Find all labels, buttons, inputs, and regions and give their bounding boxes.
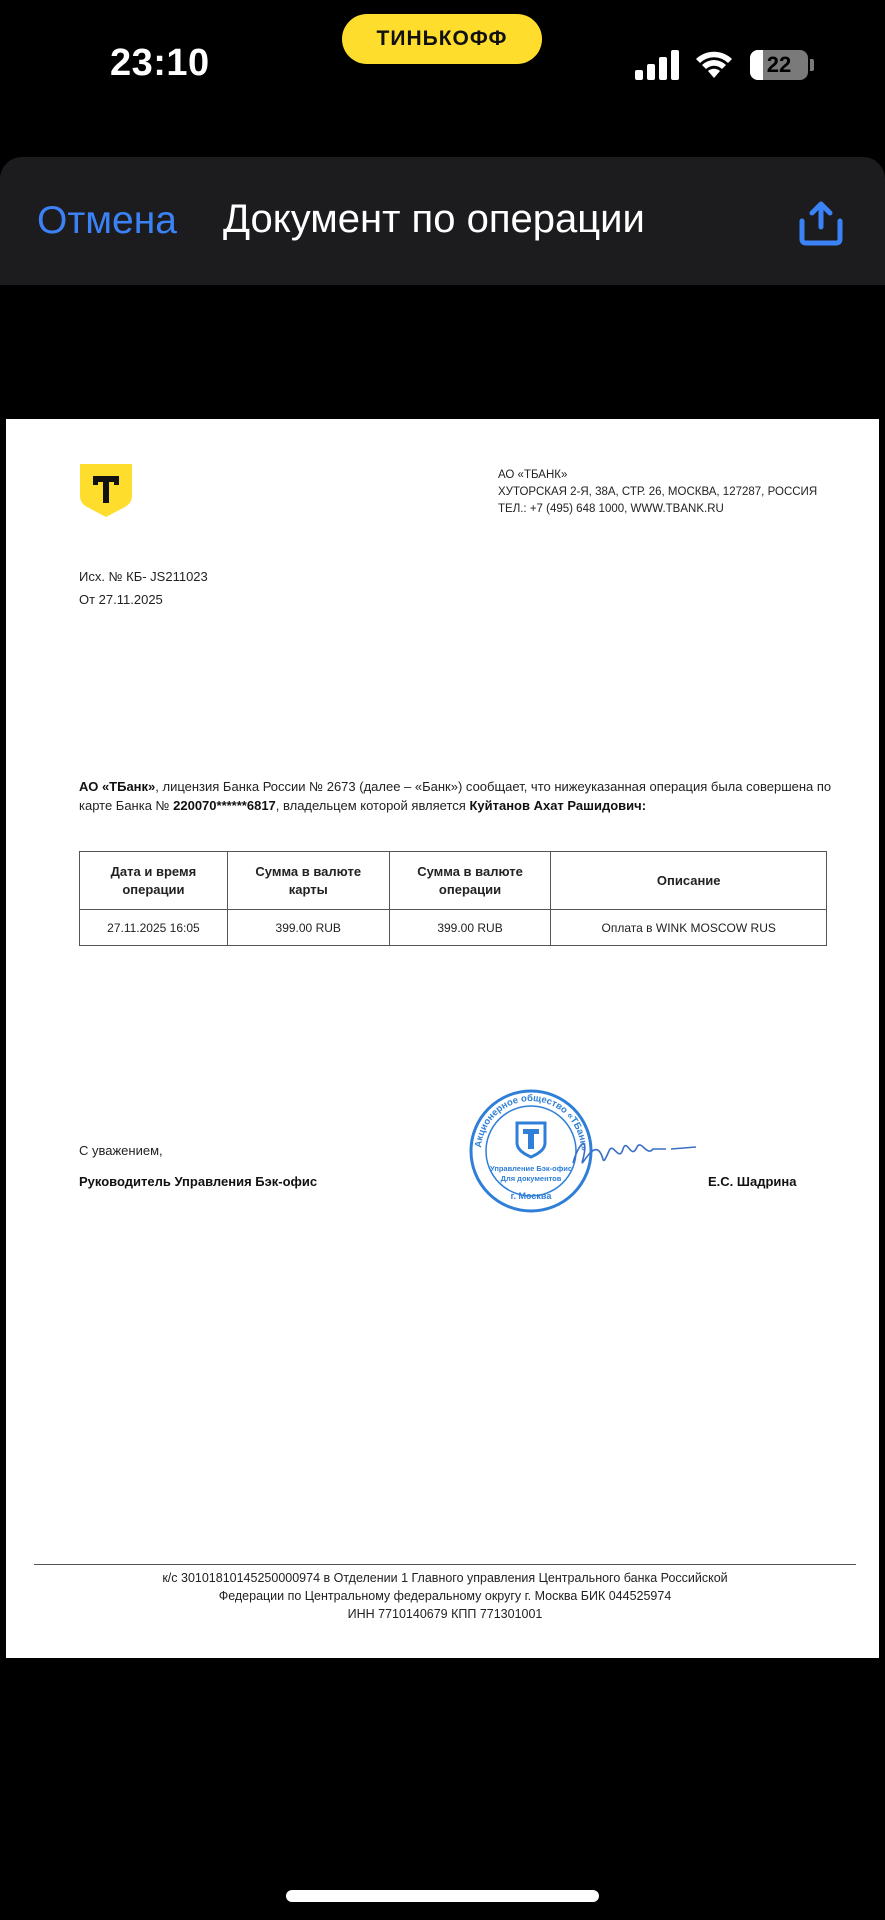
intro-paragraph: АО «ТБанк», лицензия Банка России № 2673… (79, 777, 839, 815)
share-button[interactable] (795, 197, 847, 249)
navigation-bar: Отмена Документ по операции (0, 157, 885, 285)
signer-name: Е.С. Шадрина (708, 1174, 796, 1189)
header-datetime: Дата и время операции (80, 852, 228, 910)
header-op-amount: Сумма в валюте операции (389, 852, 551, 910)
reference-number: Исх. № КБ- JS211023 (79, 565, 208, 588)
table-header-row: Дата и время операции Сумма в валюте кар… (80, 852, 827, 910)
bank-name: АО «ТБАНК» (498, 467, 817, 484)
card-number: 220070******6817 (173, 798, 276, 813)
cell-card-amount: 399.00 RUB (227, 910, 389, 946)
stamp-inner-1: Управление Бэк-офис (490, 1164, 572, 1173)
tbank-logo-icon (79, 463, 133, 517)
battery-percent: 22 (750, 50, 808, 80)
carrier-pill[interactable]: ТИНЬКОФФ (342, 14, 542, 64)
card-owner: Куйтанов Ахат Рашидович: (469, 798, 646, 813)
bank-contacts: ТЕЛ.: +7 (495) 648 1000, WWW.TBANK.RU (498, 501, 817, 518)
stamp-inner-2: Для документов (501, 1174, 562, 1183)
document-page: АО «ТБАНК» ХУТОРСКАЯ 2-Я, 38А, СТР. 26, … (6, 419, 879, 1658)
status-time: 23:10 (110, 42, 210, 85)
regards-text: С уважением, (79, 1143, 163, 1158)
intro-text: , владельцем которой является (276, 798, 470, 813)
signer-position: Руководитель Управления Бэк-офис (79, 1174, 317, 1189)
stamp-city: г. Москва (511, 1191, 553, 1201)
cancel-button[interactable]: Отмена (37, 199, 177, 243)
cell-op-amount: 399.00 RUB (389, 910, 551, 946)
table-row: 27.11.2025 16:05 399.00 RUB 399.00 RUB О… (80, 910, 827, 946)
footer-line-1: к/с 30101810145250000974 в Отделении 1 Г… (34, 1569, 856, 1587)
cell-datetime: 27.11.2025 16:05 (80, 910, 228, 946)
battery-tip (810, 59, 814, 71)
operations-table: Дата и время операции Сумма в валюте кар… (79, 851, 827, 946)
bank-name-bold: АО «ТБанк» (79, 779, 155, 794)
reference-date: От 27.11.2025 (79, 588, 208, 611)
reference-block: Исх. № КБ- JS211023 От 27.11.2025 (79, 565, 208, 611)
footer-line-2: Федерации по Центральному федеральному о… (34, 1587, 856, 1605)
document-footer: к/с 30101810145250000974 в Отделении 1 Г… (34, 1569, 856, 1623)
stamp-signature-icon: Акционерное общество «ТБанк» Управление … (461, 1081, 711, 1221)
bank-address: ХУТОРСКАЯ 2-Я, 38А, СТР. 26, МОСКВА, 127… (498, 484, 817, 501)
footer-line-3: ИНН 7710140679 КПП 771301001 (34, 1605, 856, 1623)
cell-description: Оплата в WINK MOSCOW RUS (551, 910, 827, 946)
cellular-signal-icon (635, 50, 679, 80)
share-icon (795, 197, 847, 249)
status-bar: 23:10 ТИНЬКОФФ 22 (0, 0, 885, 130)
page-title: Документ по операции (223, 197, 645, 242)
home-indicator[interactable] (286, 1890, 599, 1902)
header-card-amount: Сумма в валюте карты (227, 852, 389, 910)
wifi-icon (694, 48, 734, 80)
bank-info: АО «ТБАНК» ХУТОРСКАЯ 2-Я, 38А, СТР. 26, … (498, 467, 817, 518)
footer-divider (34, 1564, 856, 1565)
battery-icon: 22 (750, 50, 808, 80)
header-description: Описание (551, 852, 827, 910)
